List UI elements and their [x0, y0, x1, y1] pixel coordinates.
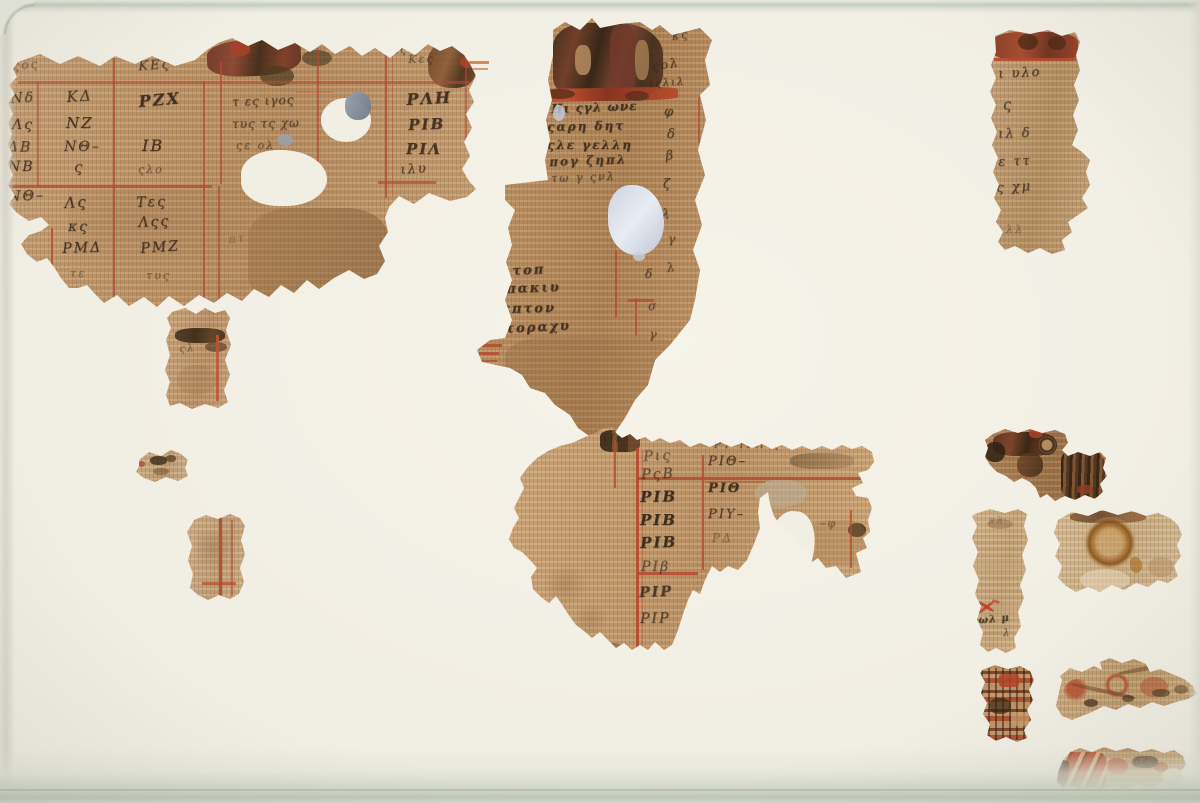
paint-patch [565, 605, 615, 635]
ink-text: Τες [136, 195, 167, 210]
ruled-line [220, 62, 222, 184]
paint-patch [1018, 34, 1038, 50]
ink-text: ΚΔ [66, 88, 93, 105]
ruled-line [868, 545, 870, 575]
ink-text: Νδ [10, 91, 35, 106]
ink-text: ΡΙΛ [406, 142, 442, 157]
paint-patch [985, 442, 1005, 462]
ink-text: Λςς [138, 214, 170, 230]
ink-text: ιλ δ [998, 127, 1032, 141]
paint-patch [1048, 36, 1066, 50]
mat-hole [241, 150, 327, 206]
ink-text: τω γ ςνλ [551, 171, 616, 184]
ink-text: τ ες ιγος [232, 94, 295, 108]
glass-edge-top [0, 0, 1200, 13]
ink-text: Λς [12, 118, 34, 132]
backing-hole [553, 105, 565, 121]
ink-text: δ [645, 268, 654, 280]
ink-text: ιςλιλ [649, 77, 686, 89]
ruled-line [392, 54, 393, 196]
ink-text: ΡΙΒ [408, 117, 445, 133]
ink-text: τυς [146, 270, 171, 281]
paint-patch [1096, 527, 1124, 555]
paint-patch [1118, 663, 1170, 676]
ink-text: ΝΘ– [64, 140, 101, 154]
ruled-line [850, 510, 852, 568]
ink-text: ΡΙΒ [640, 535, 677, 551]
circle-motif [1037, 435, 1057, 455]
ink-text: ΡΙΘ [708, 482, 741, 495]
ink-text: ζ [663, 178, 672, 191]
ink-text: ς [1002, 97, 1014, 113]
ruled-line [478, 344, 502, 347]
ink-text: ςαρη δητ [547, 120, 625, 133]
paint-patch [166, 455, 176, 462]
ink-text: –φ [820, 518, 837, 529]
paint-patch [1011, 712, 1029, 726]
mat-hole [764, 509, 818, 589]
ink-text: Κες [408, 53, 435, 65]
ink-text: ςλο [138, 164, 164, 175]
ink-text: ΡΖΧ [138, 90, 181, 110]
ruled-line [702, 455, 704, 570]
fragment-plain-tall-right: κλςωλ μλ [965, 505, 1033, 655]
paint-patch [575, 45, 591, 75]
ruled-line [202, 582, 236, 585]
ink-text: Λς [390, 44, 408, 55]
ruled-line [469, 61, 489, 64]
paint-patch [230, 42, 250, 56]
paint-patch [1108, 758, 1128, 774]
ink-text: λ [666, 261, 677, 274]
ink-text: ςε ολ [236, 140, 275, 151]
fragment-painted-right [985, 425, 1110, 505]
ink-text: ΙΒ [142, 138, 164, 154]
fragment-strip-topright: ι υλοςιλ δε ττς χμλλ [988, 28, 1092, 256]
ink-text: ΡΙΒ [640, 513, 677, 528]
ruled-line [472, 68, 488, 70]
paint-patch [635, 40, 649, 80]
ink-text: κλ [989, 517, 1005, 526]
paint-patch [1122, 695, 1134, 702]
paint-patch [610, 25, 636, 95]
paint-patch [1162, 768, 1184, 788]
ink-text: γ [668, 233, 677, 245]
fragment-stained-right [1050, 505, 1185, 597]
ink-text: ΝΒ [8, 160, 35, 174]
paint-patch [1148, 557, 1174, 577]
ruled-line [231, 520, 233, 596]
ink-text: ςολ [651, 56, 680, 73]
ruled-line [51, 228, 53, 308]
ink-text: ιλυ [400, 162, 428, 177]
fragment-small-upper-left: ςλ [165, 305, 235, 413]
ink-text: δ [667, 128, 677, 141]
ink-text: λ [1003, 629, 1011, 639]
ink-text: δς [1134, 756, 1151, 768]
ink-text: κς [671, 29, 690, 42]
ruled-line [614, 440, 616, 488]
ink-text: τε [70, 268, 86, 279]
ruled-line [635, 298, 637, 336]
ink-text: ΡΙβ [641, 560, 670, 574]
paint-patch [1152, 689, 1170, 697]
ink-text: τυς τς χω [232, 117, 300, 130]
paint-patch [1084, 699, 1098, 707]
ruled-line [465, 52, 467, 146]
ruled-line [296, 91, 332, 93]
ruled-line [701, 250, 703, 296]
backing-hole [345, 92, 371, 120]
ink-text: ΡΜΔ [62, 241, 102, 256]
ink-text: ςος [12, 58, 40, 72]
paint-patch [755, 479, 807, 507]
ink-text: ε ττ [998, 155, 1032, 169]
paint-patch [150, 456, 167, 465]
papyrus-fragments-photo: ςοςΝδΛςΔΒΝΒΝΘ–ΚΔΝΖΝΘ–ςΛςκςΡΜΔτεΚΕςΡΖΧΙΒς… [0, 0, 1200, 803]
paint-patch [989, 698, 1011, 714]
paint-patch [810, 520, 865, 565]
backing-hole [633, 252, 645, 261]
stray-fiber-lines [469, 56, 499, 78]
ink-text: ΡΛΗ [406, 90, 452, 108]
ruled-line [662, 380, 664, 400]
paint-patch [153, 468, 169, 475]
paint-patch [1174, 685, 1188, 694]
paint-patch [177, 365, 217, 395]
ink-text: ΔΒ [8, 140, 33, 155]
ink-text: ΡΙΡ [639, 585, 673, 600]
glass-edge-bottom-line [0, 789, 1200, 791]
ink-text: ΡΙΘ– [708, 455, 747, 468]
ink-text: β [665, 149, 676, 163]
ruled-line [216, 335, 219, 401]
ink-text: ι υλο [998, 66, 1042, 81]
ink-text: πακιυ [506, 281, 561, 296]
glass-edge-right [1188, 0, 1200, 803]
ink-text: ΡΔ [712, 532, 733, 544]
ink-text: ΚΕς [138, 58, 171, 73]
fragment-rib-account: ιΙιΡΥ ΙΡΛ ςΡιςΡςΒΡΙΒΡΙΒΡΙΒΡΙβΡΙΡΡΙΡΡΙΘ–Ρ… [505, 425, 880, 653]
backing-hole [608, 185, 664, 255]
ruled-line [219, 518, 222, 598]
paint-patch [790, 453, 854, 469]
fragment-small-ruled [186, 512, 248, 602]
ruled-line [479, 352, 499, 355]
paint-patch [999, 674, 1019, 687]
fragment-diagonal-band: δς [1050, 740, 1190, 796]
ink-text: επτον [502, 302, 556, 316]
ink-text: ς χμ [996, 180, 1032, 195]
ink-text: ρ [653, 355, 662, 367]
ruled-line [18, 81, 470, 84]
ink-text: λλ [1006, 224, 1024, 235]
fragment-pattern-small [975, 660, 1037, 744]
paint-patch [138, 461, 145, 467]
ink-text: ςλε γελλη [547, 139, 633, 151]
ruled-line [385, 52, 387, 198]
ruled-line [113, 58, 115, 304]
ink-text: φ [663, 105, 676, 119]
ink-text: κς [68, 220, 89, 234]
ruled-line [203, 81, 205, 303]
paint-patch [1130, 557, 1142, 573]
ink-text: ΡΙΡ [640, 611, 671, 626]
paint-patch [1077, 485, 1093, 494]
ink-text: ΡΥ ΙΡΛ ς [714, 441, 781, 451]
ruled-line [481, 360, 497, 362]
fragment-center-tall: κςςολιςλιλΗι ςγλ ωνεςαρη δητςλε γελληπογ… [475, 15, 720, 460]
ruled-line [218, 186, 220, 302]
ink-text: ΝΘ– [8, 189, 45, 204]
ink-text: Λς [64, 195, 88, 211]
ink-text: ιΙι [603, 433, 622, 444]
ink-text: ΡςΒ [641, 467, 675, 482]
ink-text: ςλ [179, 344, 196, 355]
ink-text: τοραχυ [505, 320, 571, 336]
fragment-account-left: ςοςΝδΛςΔΒΝΒΝΘ–ΚΔΝΖΝΘ–ςΛςκςΡΜΔτεΚΕςΡΖΧΙΒς… [8, 38, 484, 310]
paint-patch [1080, 569, 1130, 591]
ink-text: ΡΙΥ– [708, 508, 745, 521]
ink-text: σ [648, 300, 658, 312]
ruled-line [37, 81, 39, 187]
ink-text: γ [649, 328, 659, 341]
fragment-tiny-left [133, 446, 191, 486]
ink-text: ΡΜΖ [140, 239, 180, 256]
glass-edge-bottom [0, 748, 1200, 803]
glass-corner-top-left [0, 0, 34, 34]
ink-text: ΡΙΒ [640, 489, 677, 505]
ink-text: πτ [228, 232, 246, 244]
paint-patch [580, 637, 596, 646]
fragment-scroll-band [1052, 655, 1200, 725]
paint-patch [196, 532, 236, 582]
ink-text: τοπ [512, 263, 546, 278]
paint-patch [602, 643, 622, 651]
paint-patch [545, 89, 575, 99]
paint-patch [505, 338, 685, 438]
ruled-line [698, 97, 700, 143]
paint-patch [1017, 453, 1043, 477]
ink-text: Ρις [643, 448, 672, 463]
ink-text: πογ ζηπλ [549, 153, 627, 168]
paint-patch [1029, 429, 1043, 438]
paint-patch [535, 565, 595, 605]
ink-text: ς [74, 160, 84, 175]
ruled-line [994, 58, 1076, 61]
ink-text: ΝΖ [66, 116, 94, 131]
backing-hole [277, 134, 293, 146]
ruled-line [615, 250, 617, 317]
